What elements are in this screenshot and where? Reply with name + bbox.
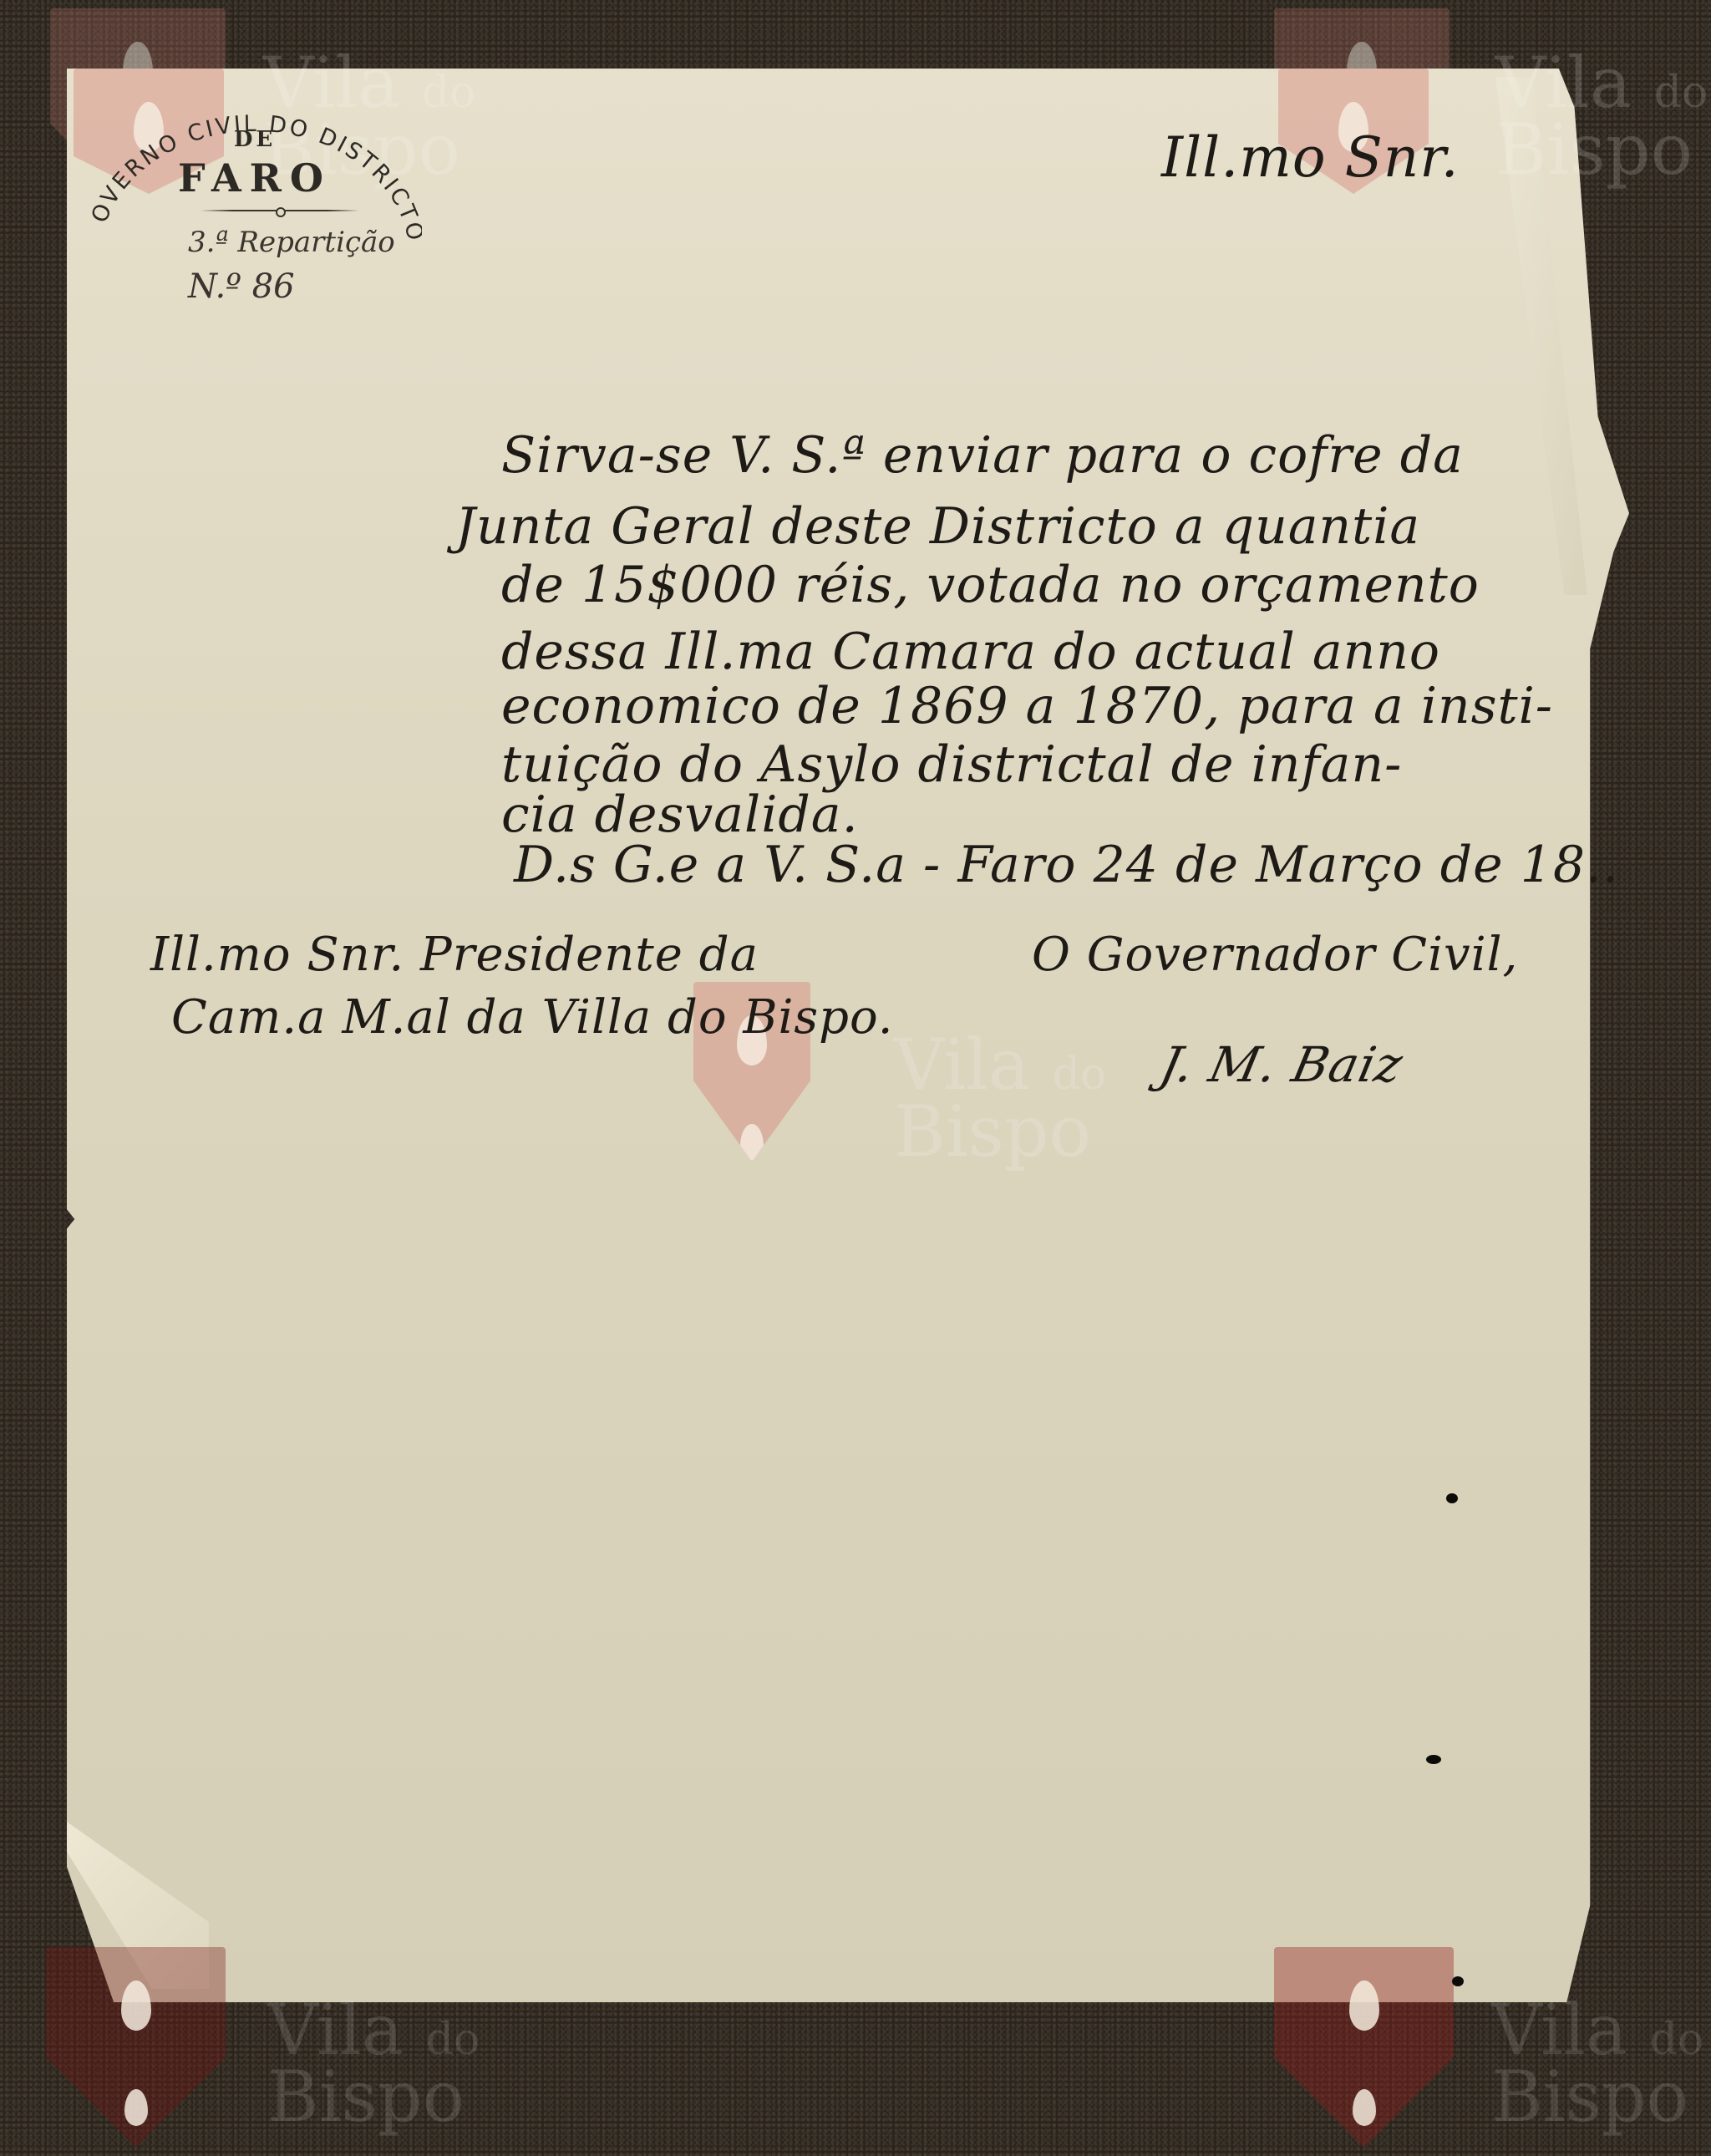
addressee-line: Ill.mo Snr. Presidente da — [150, 928, 759, 982]
body-line: Junta Geral deste Districto a quantia — [455, 497, 1420, 556]
signatory-title: O Governador Civil, — [1032, 928, 1518, 982]
stamp-city: FARO — [88, 155, 422, 201]
stamp-ornament — [201, 207, 359, 214]
punch-hole — [1446, 1493, 1458, 1503]
addressee-line: Cam.a M.al da Villa do Bispo. — [171, 990, 894, 1045]
signature: J. M. Baiz — [1155, 1036, 1409, 1093]
stamp-number: N.º 86 — [188, 267, 295, 306]
punch-hole — [1426, 1755, 1441, 1764]
watermark-bottom-right-text: Vila do Bispo — [1491, 1997, 1703, 2131]
body-line: Sirva-se V. S.ª enviar para o cofre da — [501, 426, 1464, 485]
body-line: de 15$000 réis, votada no orçamento — [501, 556, 1480, 614]
body-line: dessa Ill.ma Camara do actual anno — [501, 623, 1440, 681]
body-line: economico de 1869 a 1870, para a insti- — [501, 677, 1553, 735]
official-stamp: GOVERNO CIVIL DO DISTRICTO DE FARO 3.ª R… — [88, 92, 422, 326]
stamp-repartition: 3.ª Repartição — [188, 226, 395, 259]
salutation: Ill.mo Snr. — [1161, 125, 1460, 190]
closing-date-line: D.s G.e a V. S.a - Faro 24 de Março de 1… — [514, 836, 1619, 894]
punch-hole — [1452, 1976, 1464, 1986]
watermark-bottom-left-text: Vila do Bispo — [267, 1997, 480, 2131]
stamp-de: DE — [88, 127, 422, 152]
